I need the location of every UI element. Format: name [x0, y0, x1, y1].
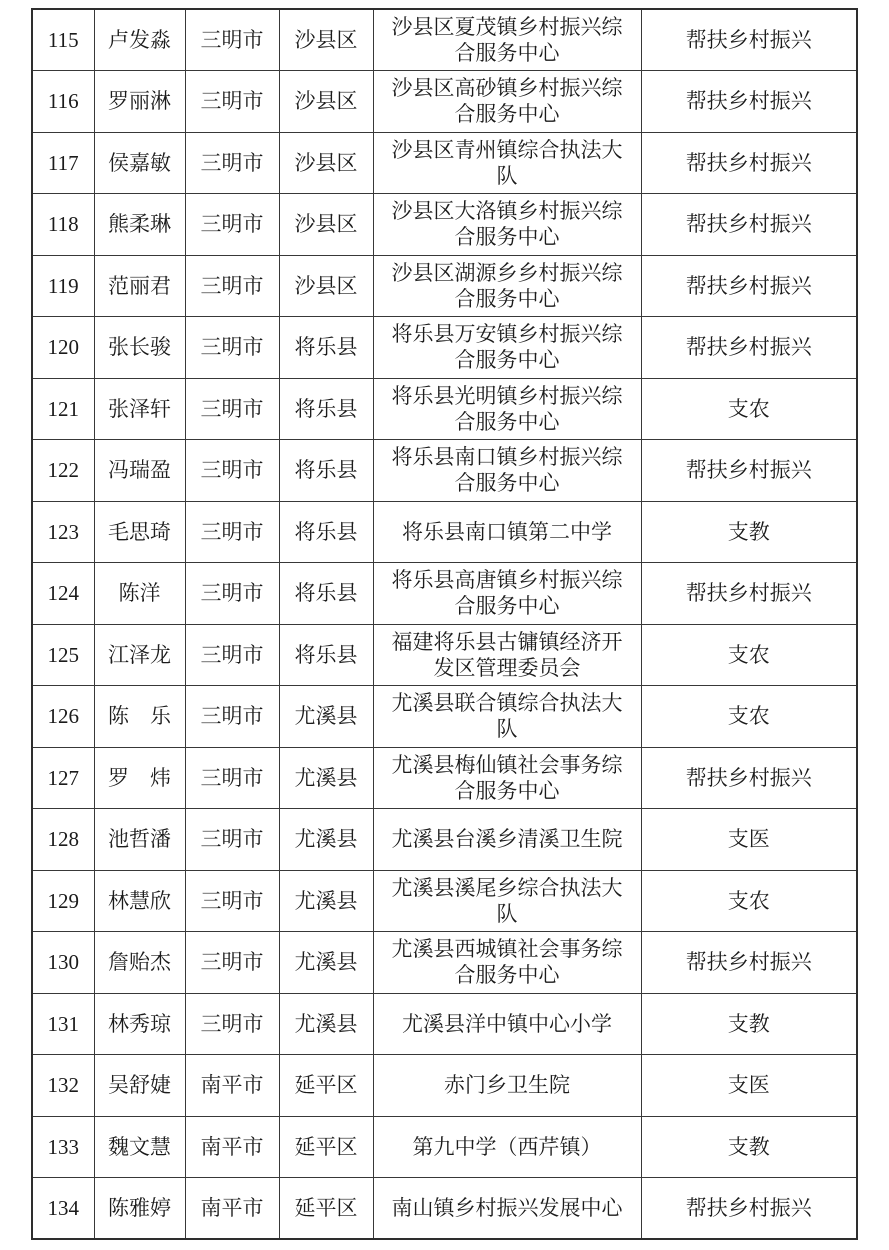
county-cell: 将乐县 [279, 440, 373, 502]
table-row: 123 毛思琦 三明市 将乐县 将乐县南口镇第二中学 支教 [32, 501, 857, 563]
county-cell: 将乐县 [279, 317, 373, 379]
post-type-cell: 帮扶乡村振兴 [641, 9, 857, 71]
name-cell: 罗丽淋 [94, 71, 185, 133]
table-row: 121 张泽轩 三明市 将乐县 将乐县光明镇乡村振兴综合服务中心 支农 [32, 378, 857, 440]
post-type-cell: 帮扶乡村振兴 [641, 563, 857, 625]
name-cell: 池哲潘 [94, 809, 185, 871]
county-cell: 将乐县 [279, 624, 373, 686]
row-index-cell: 127 [32, 747, 94, 809]
name-cell: 魏文慧 [94, 1116, 185, 1178]
roster-body: 115 卢发淼 三明市 沙县区 沙县区夏茂镇乡村振兴综合服务中心 帮扶乡村振兴 … [32, 9, 857, 1239]
table-row: 124 陈洋 三明市 将乐县 将乐县高唐镇乡村振兴综合服务中心 帮扶乡村振兴 [32, 563, 857, 625]
row-index-cell: 121 [32, 378, 94, 440]
row-index-cell: 120 [32, 317, 94, 379]
unit-cell: 沙县区湖源乡乡村振兴综合服务中心 [373, 255, 641, 317]
post-type-cell: 帮扶乡村振兴 [641, 132, 857, 194]
post-type-cell: 帮扶乡村振兴 [641, 1178, 857, 1240]
county-cell: 延平区 [279, 1178, 373, 1240]
post-type-cell: 帮扶乡村振兴 [641, 747, 857, 809]
county-cell: 尤溪县 [279, 870, 373, 932]
county-cell: 尤溪县 [279, 932, 373, 994]
name-cell: 冯瑞盈 [94, 440, 185, 502]
name-cell: 陈洋 [94, 563, 185, 625]
name-cell: 陈雅婷 [94, 1178, 185, 1240]
unit-cell: 沙县区高砂镇乡村振兴综合服务中心 [373, 71, 641, 133]
name-cell: 江泽龙 [94, 624, 185, 686]
table-row: 117 侯嘉敏 三明市 沙县区 沙县区青州镇综合执法大队 帮扶乡村振兴 [32, 132, 857, 194]
table-row: 125 江泽龙 三明市 将乐县 福建将乐县古镛镇经济开发区管理委员会 支农 [32, 624, 857, 686]
row-index-cell: 115 [32, 9, 94, 71]
name-cell: 林慧欣 [94, 870, 185, 932]
row-index-cell: 116 [32, 71, 94, 133]
name-cell: 陈 乐 [94, 686, 185, 748]
name-cell: 吴舒婕 [94, 1055, 185, 1117]
city-cell: 三明市 [185, 993, 279, 1055]
row-index-cell: 130 [32, 932, 94, 994]
county-cell: 尤溪县 [279, 686, 373, 748]
row-index-cell: 129 [32, 870, 94, 932]
unit-cell: 福建将乐县古镛镇经济开发区管理委员会 [373, 624, 641, 686]
post-type-cell: 支农 [641, 870, 857, 932]
county-cell: 将乐县 [279, 563, 373, 625]
unit-cell: 将乐县高唐镇乡村振兴综合服务中心 [373, 563, 641, 625]
unit-cell: 将乐县万安镇乡村振兴综合服务中心 [373, 317, 641, 379]
name-cell: 张长骏 [94, 317, 185, 379]
city-cell: 三明市 [185, 686, 279, 748]
county-cell: 沙县区 [279, 9, 373, 71]
name-cell: 范丽君 [94, 255, 185, 317]
unit-cell: 沙县区大洛镇乡村振兴综合服务中心 [373, 194, 641, 256]
unit-cell: 尤溪县台溪乡清溪卫生院 [373, 809, 641, 871]
post-type-cell: 帮扶乡村振兴 [641, 255, 857, 317]
city-cell: 三明市 [185, 378, 279, 440]
unit-cell: 沙县区青州镇综合执法大队 [373, 132, 641, 194]
county-cell: 沙县区 [279, 71, 373, 133]
name-cell: 侯嘉敏 [94, 132, 185, 194]
table-row: 128 池哲潘 三明市 尤溪县 尤溪县台溪乡清溪卫生院 支医 [32, 809, 857, 871]
post-type-cell: 支农 [641, 624, 857, 686]
county-cell: 延平区 [279, 1116, 373, 1178]
unit-cell: 尤溪县联合镇综合执法大队 [373, 686, 641, 748]
row-index-cell: 133 [32, 1116, 94, 1178]
table-row: 133 魏文慧 南平市 延平区 第九中学（西芹镇） 支教 [32, 1116, 857, 1178]
county-cell: 沙县区 [279, 132, 373, 194]
post-type-cell: 支医 [641, 1055, 857, 1117]
row-index-cell: 132 [32, 1055, 94, 1117]
row-index-cell: 123 [32, 501, 94, 563]
unit-cell: 尤溪县洋中镇中心小学 [373, 993, 641, 1055]
row-index-cell: 125 [32, 624, 94, 686]
unit-cell: 赤门乡卫生院 [373, 1055, 641, 1117]
post-type-cell: 帮扶乡村振兴 [641, 440, 857, 502]
city-cell: 三明市 [185, 501, 279, 563]
county-cell: 沙县区 [279, 194, 373, 256]
unit-cell: 南山镇乡村振兴发展中心 [373, 1178, 641, 1240]
unit-cell: 尤溪县溪尾乡综合执法大队 [373, 870, 641, 932]
unit-cell: 沙县区夏茂镇乡村振兴综合服务中心 [373, 9, 641, 71]
name-cell: 罗 炜 [94, 747, 185, 809]
unit-cell: 第九中学（西芹镇） [373, 1116, 641, 1178]
county-cell: 将乐县 [279, 501, 373, 563]
city-cell: 三明市 [185, 932, 279, 994]
table-row: 131 林秀琼 三明市 尤溪县 尤溪县洋中镇中心小学 支教 [32, 993, 857, 1055]
row-index-cell: 134 [32, 1178, 94, 1240]
table-row: 126 陈 乐 三明市 尤溪县 尤溪县联合镇综合执法大队 支农 [32, 686, 857, 748]
county-cell: 将乐县 [279, 378, 373, 440]
post-type-cell: 支教 [641, 993, 857, 1055]
city-cell: 三明市 [185, 563, 279, 625]
table-row: 116 罗丽淋 三明市 沙县区 沙县区高砂镇乡村振兴综合服务中心 帮扶乡村振兴 [32, 71, 857, 133]
table-row: 134 陈雅婷 南平市 延平区 南山镇乡村振兴发展中心 帮扶乡村振兴 [32, 1178, 857, 1240]
table-row: 130 詹贻杰 三明市 尤溪县 尤溪县西城镇社会事务综合服务中心 帮扶乡村振兴 [32, 932, 857, 994]
personnel-roster-table: 115 卢发淼 三明市 沙县区 沙县区夏茂镇乡村振兴综合服务中心 帮扶乡村振兴 … [31, 8, 858, 1240]
city-cell: 南平市 [185, 1178, 279, 1240]
post-type-cell: 帮扶乡村振兴 [641, 317, 857, 379]
unit-cell: 尤溪县梅仙镇社会事务综合服务中心 [373, 747, 641, 809]
county-cell: 沙县区 [279, 255, 373, 317]
city-cell: 三明市 [185, 9, 279, 71]
table-row: 122 冯瑞盈 三明市 将乐县 将乐县南口镇乡村振兴综合服务中心 帮扶乡村振兴 [32, 440, 857, 502]
post-type-cell: 支教 [641, 501, 857, 563]
row-index-cell: 131 [32, 993, 94, 1055]
county-cell: 延平区 [279, 1055, 373, 1117]
city-cell: 三明市 [185, 71, 279, 133]
city-cell: 三明市 [185, 747, 279, 809]
county-cell: 尤溪县 [279, 993, 373, 1055]
post-type-cell: 支农 [641, 378, 857, 440]
post-type-cell: 支医 [641, 809, 857, 871]
city-cell: 三明市 [185, 870, 279, 932]
row-index-cell: 122 [32, 440, 94, 502]
name-cell: 林秀琼 [94, 993, 185, 1055]
name-cell: 张泽轩 [94, 378, 185, 440]
row-index-cell: 118 [32, 194, 94, 256]
row-index-cell: 124 [32, 563, 94, 625]
document-page: 115 卢发淼 三明市 沙县区 沙县区夏茂镇乡村振兴综合服务中心 帮扶乡村振兴 … [0, 0, 889, 1250]
row-index-cell: 126 [32, 686, 94, 748]
table-row: 129 林慧欣 三明市 尤溪县 尤溪县溪尾乡综合执法大队 支农 [32, 870, 857, 932]
city-cell: 三明市 [185, 132, 279, 194]
row-index-cell: 117 [32, 132, 94, 194]
city-cell: 三明市 [185, 809, 279, 871]
row-index-cell: 119 [32, 255, 94, 317]
unit-cell: 将乐县南口镇乡村振兴综合服务中心 [373, 440, 641, 502]
post-type-cell: 帮扶乡村振兴 [641, 932, 857, 994]
city-cell: 南平市 [185, 1055, 279, 1117]
row-index-cell: 128 [32, 809, 94, 871]
county-cell: 尤溪县 [279, 747, 373, 809]
county-cell: 尤溪县 [279, 809, 373, 871]
table-row: 115 卢发淼 三明市 沙县区 沙县区夏茂镇乡村振兴综合服务中心 帮扶乡村振兴 [32, 9, 857, 71]
post-type-cell: 帮扶乡村振兴 [641, 194, 857, 256]
table-row: 127 罗 炜 三明市 尤溪县 尤溪县梅仙镇社会事务综合服务中心 帮扶乡村振兴 [32, 747, 857, 809]
post-type-cell: 帮扶乡村振兴 [641, 71, 857, 133]
name-cell: 詹贻杰 [94, 932, 185, 994]
unit-cell: 将乐县光明镇乡村振兴综合服务中心 [373, 378, 641, 440]
city-cell: 三明市 [185, 194, 279, 256]
table-row: 118 熊柔琳 三明市 沙县区 沙县区大洛镇乡村振兴综合服务中心 帮扶乡村振兴 [32, 194, 857, 256]
city-cell: 三明市 [185, 440, 279, 502]
unit-cell: 尤溪县西城镇社会事务综合服务中心 [373, 932, 641, 994]
city-cell: 三明市 [185, 255, 279, 317]
name-cell: 毛思琦 [94, 501, 185, 563]
name-cell: 熊柔琳 [94, 194, 185, 256]
post-type-cell: 支教 [641, 1116, 857, 1178]
table-row: 132 吴舒婕 南平市 延平区 赤门乡卫生院 支医 [32, 1055, 857, 1117]
table-row: 119 范丽君 三明市 沙县区 沙县区湖源乡乡村振兴综合服务中心 帮扶乡村振兴 [32, 255, 857, 317]
city-cell: 三明市 [185, 317, 279, 379]
unit-cell: 将乐县南口镇第二中学 [373, 501, 641, 563]
post-type-cell: 支农 [641, 686, 857, 748]
city-cell: 南平市 [185, 1116, 279, 1178]
name-cell: 卢发淼 [94, 9, 185, 71]
table-row: 120 张长骏 三明市 将乐县 将乐县万安镇乡村振兴综合服务中心 帮扶乡村振兴 [32, 317, 857, 379]
city-cell: 三明市 [185, 624, 279, 686]
